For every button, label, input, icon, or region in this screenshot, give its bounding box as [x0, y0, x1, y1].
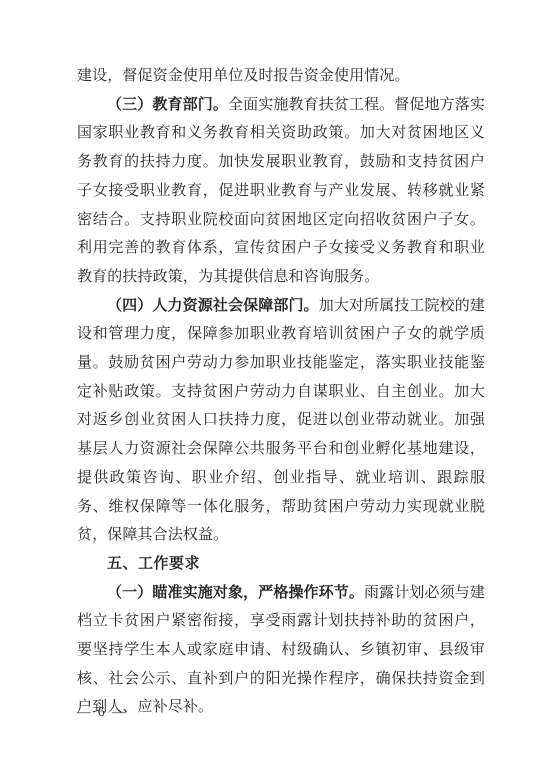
paragraph-text: 加大对所属技工院校的建设和管理力度，保障参加职业教育培训贫困户子女的就学质量。鼓…	[77, 298, 485, 544]
paragraph-text: 全面实施教育扶贫工程。督促地方落实国家职业教育和义务教育相关资助政策。加大对贫困…	[77, 97, 485, 285]
paragraph-item-3-education-dept: （三）教育部门。全面实施教育扶贫工程。督促地方落实国家职业教育和义务教育相关资助…	[77, 91, 485, 292]
document-body: 建设，督促资金使用单位及时报告资金使用情况。 （三）教育部门。全面实施教育扶贫工…	[77, 62, 485, 722]
paragraph-text: 雨露计划必须与建档立卡贫困户紧密衔接，享受雨露计划扶持补助的贫困户，要坚持学生本…	[77, 585, 485, 716]
section-heading-work-requirements: 五、工作要求	[77, 550, 485, 579]
paragraph-lead-bold: （四）人力资源社会保障部门。	[107, 298, 319, 314]
paragraph-sub-item-1-targeting: （一）瞄准实施对象，严格操作环节。雨露计划必须与建档立卡贫困户紧密衔接，享受雨露…	[77, 579, 485, 723]
paragraph-item-4-hr-social-security-dept: （四）人力资源社会保障部门。加大对所属技工院校的建设和管理力度，保障参加职业教育…	[77, 292, 485, 550]
paragraph-continuation: 建设，督促资金使用单位及时报告资金使用情况。	[77, 62, 485, 91]
paragraph-lead-bold: （三）教育部门。	[107, 97, 228, 113]
paragraph-text: 建设，督促资金使用单位及时报告资金使用情况。	[77, 68, 410, 84]
paragraph-lead-bold: （一）瞄准实施对象，严格操作环节。	[107, 585, 364, 601]
document-page: 建设，督促资金使用单位及时报告资金使用情况。 （三）教育部门。全面实施教育扶贫工…	[0, 0, 545, 769]
page-number: — 6 —	[77, 704, 128, 720]
